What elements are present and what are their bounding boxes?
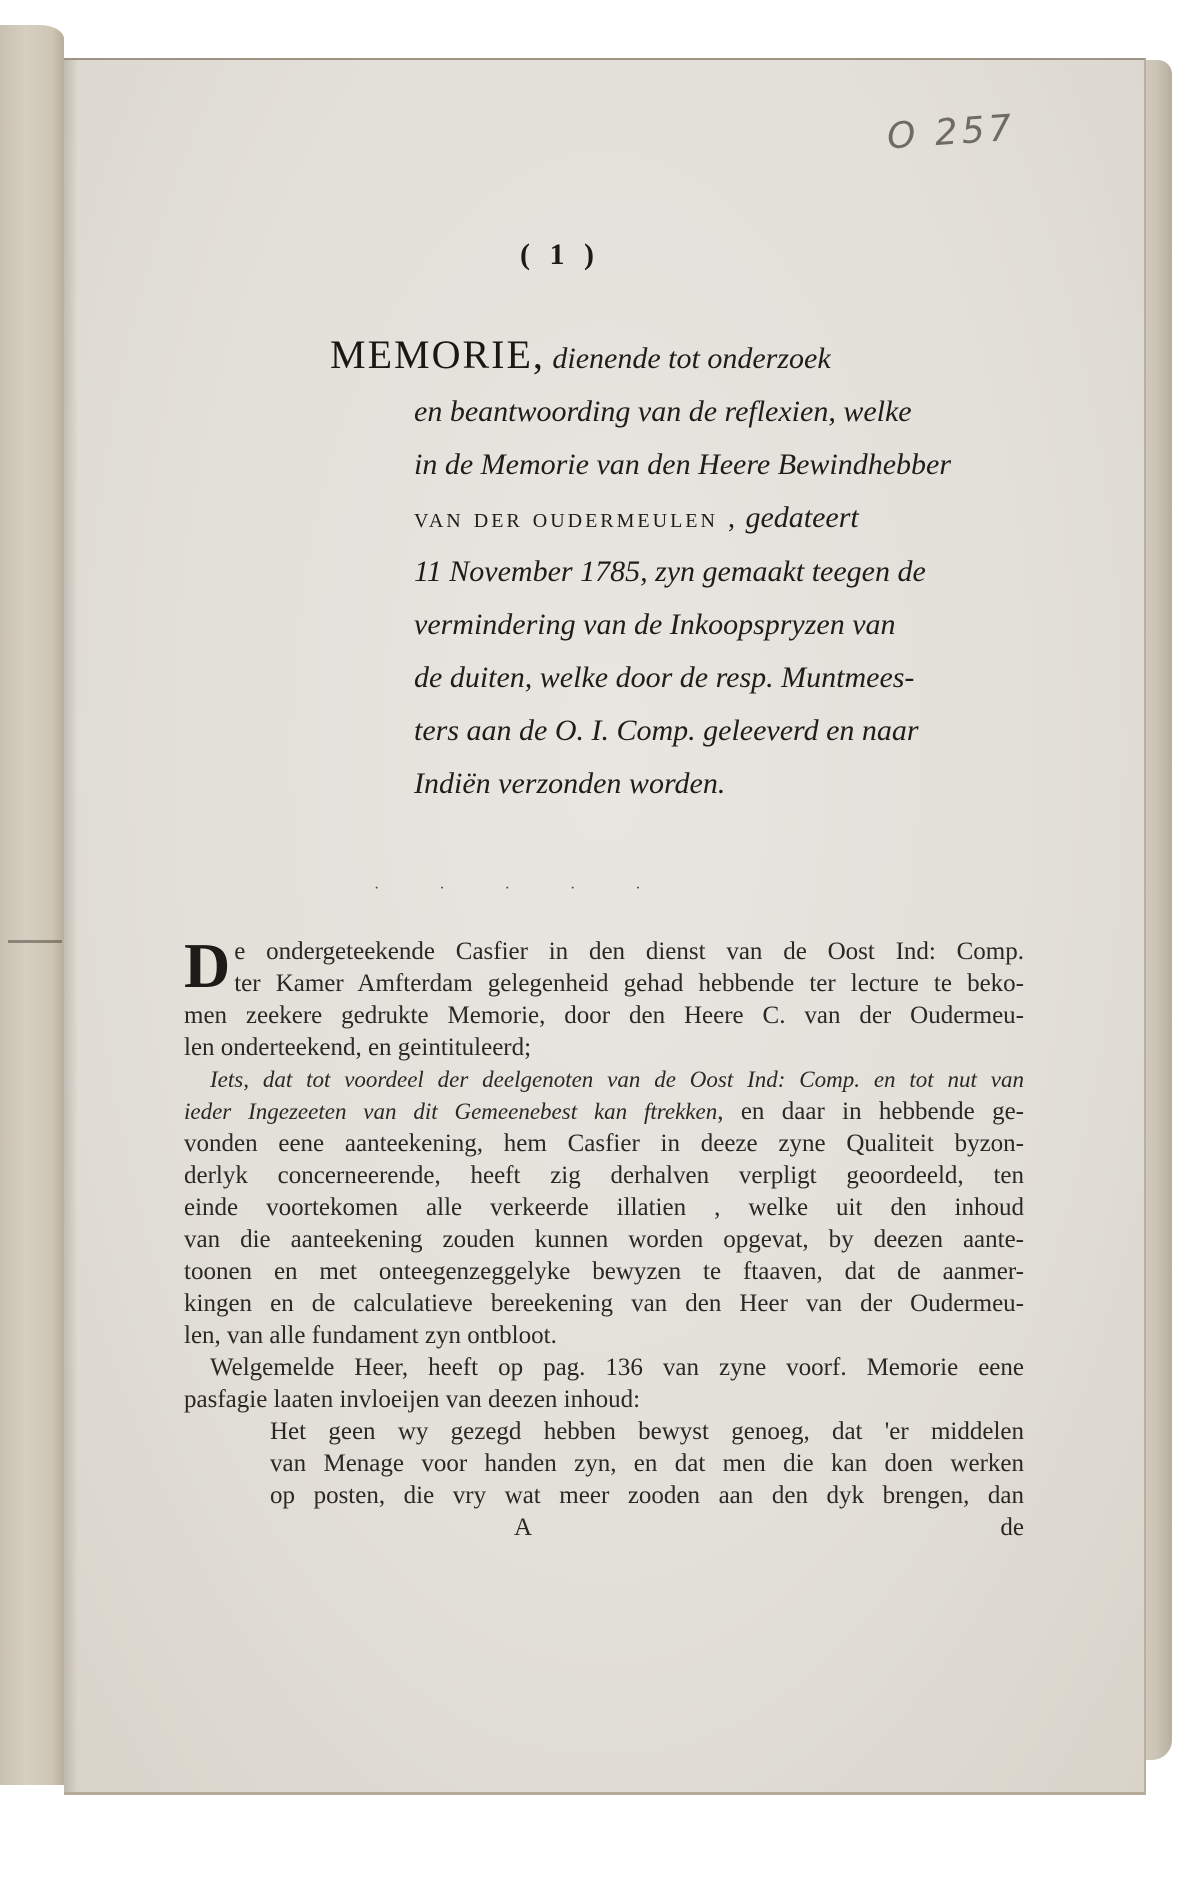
body-line: vonden eene aanteekening, hem Casfier in… [184,1128,1024,1160]
title-line-text: dienende tot onderzoek [545,342,831,375]
body-line-text: , en daar in hebbende ge- [717,1098,1024,1125]
quote-line: Het geen wy gezegd hebben bewyst genoeg,… [184,1416,1024,1448]
title-line-6: vermindering van de Inkoopspryzen van [330,598,1020,651]
body-line: men zeekere gedrukte Memorie, door den H… [184,1000,1024,1032]
body-line: len, van alle fundament zyn ontbloot. [184,1320,1024,1352]
body-line: van die aanteekening zouden kunnen worde… [184,1224,1024,1256]
title-line-text: gedateert [738,501,859,534]
body-line: len onderteekend, en geintituleerd; [184,1032,1024,1064]
title-line-9: Indiën verzonden worden. [330,757,1020,810]
body-line: einde voortekomen alle verkeerde illatie… [184,1192,1024,1224]
author-name: van der oudermeulen , [414,503,738,534]
body-line: ieder Ingezeeten van dit Gemeenebest kan… [184,1096,1024,1128]
body-line: De ondergeteekende Casfier in den dienst… [184,936,1024,968]
signature-mark: A [514,1512,532,1544]
title-line-8: ters aan de O. I. Comp. geleeverd en naa… [330,704,1020,757]
body-line: Welgemelde Heer, heeft op pag. 136 van z… [184,1352,1024,1384]
title-heading: MEMORIE, [330,332,545,377]
body-line: toonen en met onteegenzeggelyke bewyzen … [184,1256,1024,1288]
gutter-shadow [64,60,78,1792]
spine-crack [8,940,62,943]
title-line-4: van der oudermeulen , gedateert [330,491,1020,545]
pencil-shelfmark: O 257 [886,108,1017,158]
title-line-5: 11 November 1785, zyn gemaakt teegen de [330,545,1020,598]
quote-line: op posten, die vry wat meer zooden aan d… [184,1480,1024,1512]
title-line-7: de duiten, welke door de resp. Muntmees- [330,651,1020,704]
body-text: De ondergeteekende Casfier in den dienst… [184,936,1024,1544]
body-line: ter Kamer Amfterdam gelegenheid gehad he… [184,968,1024,1000]
separator-dots: · · · · · [374,880,669,898]
body-line-text: e ondergeteekende Casfier in den dienst … [234,938,1024,965]
quoted-title-line: Iets, dat tot voordeel der deelgenoten v… [184,1064,1024,1096]
catchword: de [1000,1512,1024,1544]
title-line-2: en beantwoording van de reflexien, welke [330,385,1020,438]
document-page: O 257 ( 1 ) MEMORIE, dienende tot onderz… [64,58,1146,1795]
title-block: MEMORIE, dienende tot onderzoek en beant… [330,328,1020,810]
drop-cap: D [184,940,230,992]
body-line: derlyk concerneerende, heeft zig derhalv… [184,1160,1024,1192]
title-line-3: in de Memorie van den Heere Bewindhebber [330,438,1020,491]
book-spine [0,25,64,1785]
quote-line: van Menage voor handen zyn, en dat men d… [184,1448,1024,1480]
body-line: pasfagie laaten invloeijen van deezen in… [184,1384,1024,1416]
title-line-1: MEMORIE, dienende tot onderzoek [330,328,1020,385]
body-line: kingen en de calculatieve bereekening va… [184,1288,1024,1320]
quoted-title-text: ieder Ingezeeten van dit Gemeenebest kan… [184,1099,717,1124]
page-number: ( 1 ) [520,238,600,272]
footer-row: A de [184,1512,1024,1544]
